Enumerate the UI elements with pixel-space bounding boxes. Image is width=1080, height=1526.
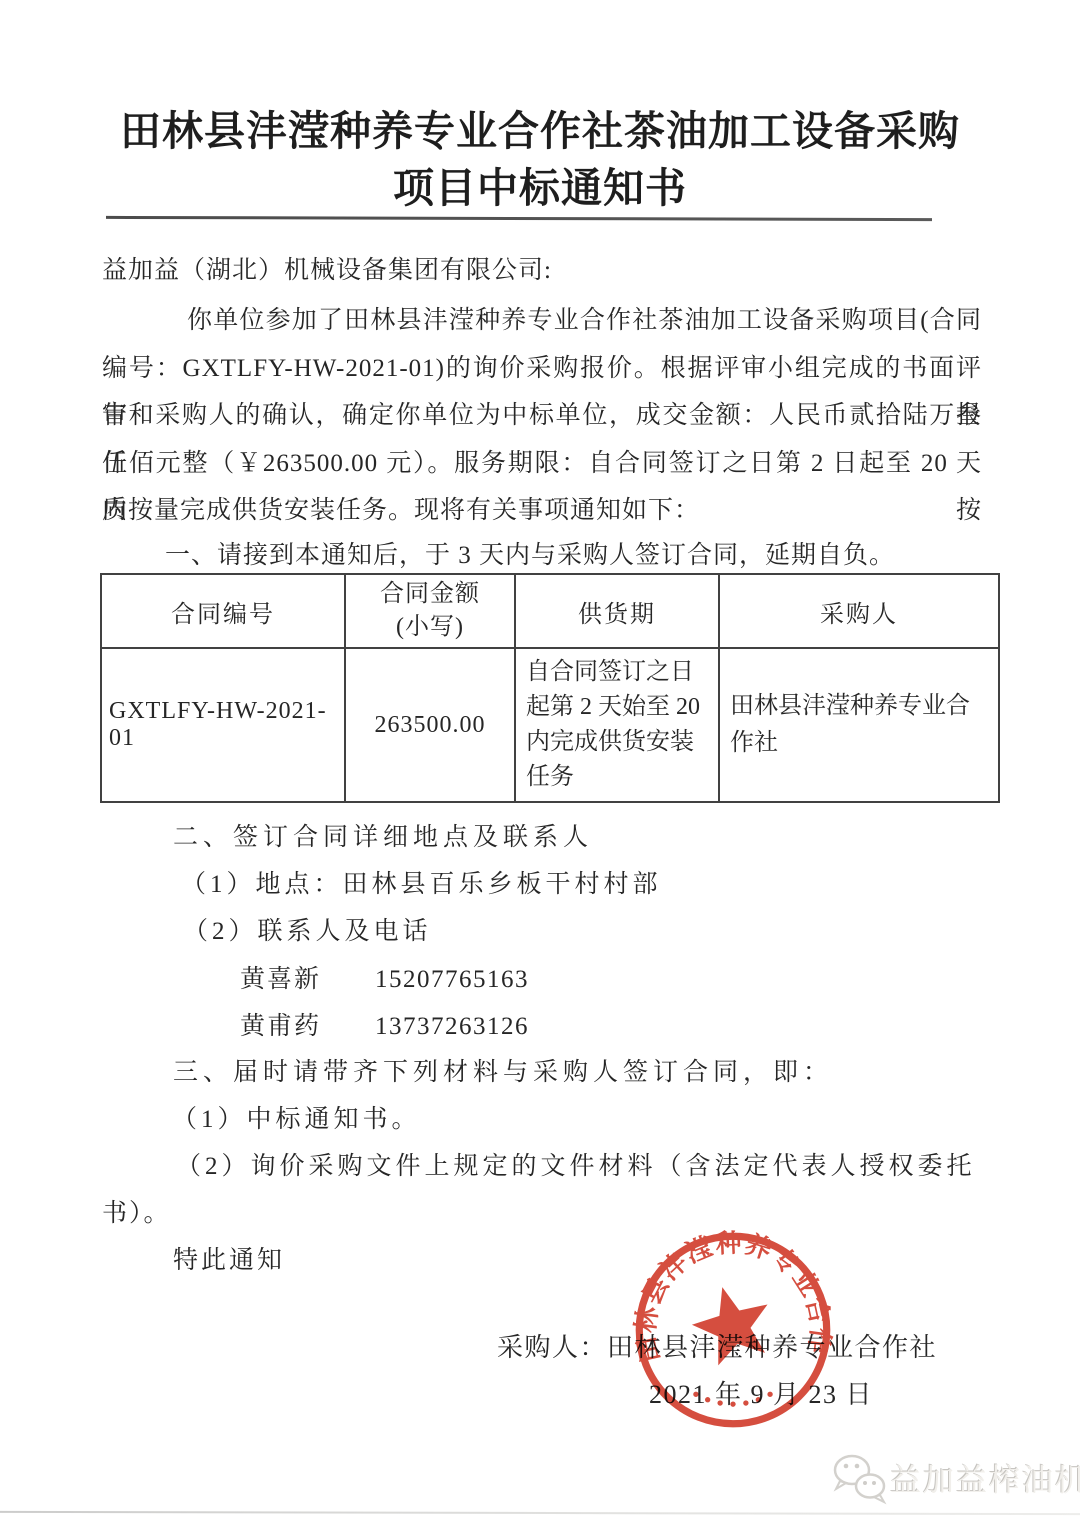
seal-star-icon	[692, 1287, 768, 1365]
contact-name-2: 黄甫药	[240, 1006, 375, 1042]
contact-row-2: 黄甫药13737263126	[240, 1006, 529, 1042]
wechat-icon	[828, 1449, 890, 1505]
table-row: GXTLFY-HW-2021-01 263500.00 自合同签订之日起第 2 …	[101, 648, 999, 802]
cell-contract-no: GXTLFY-HW-2021-01	[101, 648, 345, 802]
header-purchaser: 采购人	[719, 574, 999, 648]
body-line-1: 你单位参加了田林县沣滢种养专业合作社茶油加工设备采购项目(合同	[102, 297, 982, 345]
section-3-item-1: （1）中标通知书。	[172, 1099, 421, 1135]
header-amount: 合同金额 (小写)	[345, 574, 515, 648]
contact-row-1: 黄喜新15207765163	[240, 959, 529, 995]
header-delivery: 供货期	[515, 574, 719, 648]
notice-item-1: 一、请接到本通知后，于 3 天内与采购人签订合同，延期自负。	[165, 535, 895, 571]
cell-delivery: 自合同签订之日起第 2 天始至 20 内完成供货安装任务	[515, 648, 719, 802]
body-line-4: 伍佰元整（￥263500.00 元）。服务期限：自合同签订之日第 2 日起至 2…	[102, 440, 982, 488]
section-2-location: （1）地点：田林县百乐乡板干村村部	[181, 864, 662, 900]
title-divider	[106, 216, 932, 221]
document-page: 田林县沣滢种养专业合作社茶油加工设备采购 项目中标通知书 益加益（湖北）机械设备…	[0, 0, 1080, 1526]
contract-table: 合同编号 合同金额 (小写) 供货期 采购人 GXTLFY-HW-2021-01…	[100, 573, 1000, 803]
contact-phone-1: 15207765163	[375, 966, 529, 993]
page-title-line1: 田林县沣滢种养专业合作社茶油加工设备采购	[0, 98, 1080, 157]
body-paragraph: 你单位参加了田林县沣滢种养专业合作社茶油加工设备采购项目(合同 编号：GXTLF…	[102, 297, 982, 535]
header-amount-line2: (小写)	[346, 611, 514, 644]
closing-note: 特此通知	[173, 1240, 285, 1276]
recipient-line: 益加益（湖北）机械设备集团有限公司:	[102, 250, 552, 286]
cell-delivery-text: 自合同签订之日起第 2 天始至 20 内完成供货安装任务	[526, 655, 710, 795]
section-3-item-2-line2: 书）。	[102, 1193, 171, 1229]
cell-amount: 263500.00	[345, 648, 515, 802]
header-amount-line1: 合同金额	[346, 578, 514, 611]
table-header-row: 合同编号 合同金额 (小写) 供货期 采购人	[101, 574, 999, 648]
section-3-item-2-line1: （2）询价采购文件上规定的文件材料（含法定代表人授权委托	[176, 1146, 976, 1182]
official-seal: 田林县沣滢种养专业合作社	[630, 1227, 836, 1433]
section-2-contacts-label: （2）联系人及电话	[183, 911, 432, 947]
body-line-2: 编号：GXTLFY-HW-2021-01)的询价采购报价。根据评审小组完成的书面…	[102, 345, 982, 393]
header-contract-no: 合同编号	[101, 574, 345, 648]
body-line-3: 告和采购人的确认，确定你单位为中标单位，成交金额：人民币贰拾陆万叁仟	[102, 392, 982, 440]
section-3-heading: 三、届时请带齐下列材料与采购人签订合同，即：	[173, 1052, 833, 1088]
page-title-line2: 项目中标通知书	[0, 155, 1080, 214]
contact-name-1: 黄喜新	[240, 959, 375, 995]
watermark-text: 益加益榨油机	[890, 1455, 1080, 1500]
cell-purchaser: 田林县沣滢种养专业合作社	[719, 648, 999, 802]
page-bottom-shadow	[0, 1511, 1080, 1515]
contact-phone-2: 13737263126	[375, 1013, 529, 1040]
seal-dots	[693, 1392, 773, 1407]
section-2-heading: 二、签订合同详细地点及联系人	[173, 817, 593, 853]
